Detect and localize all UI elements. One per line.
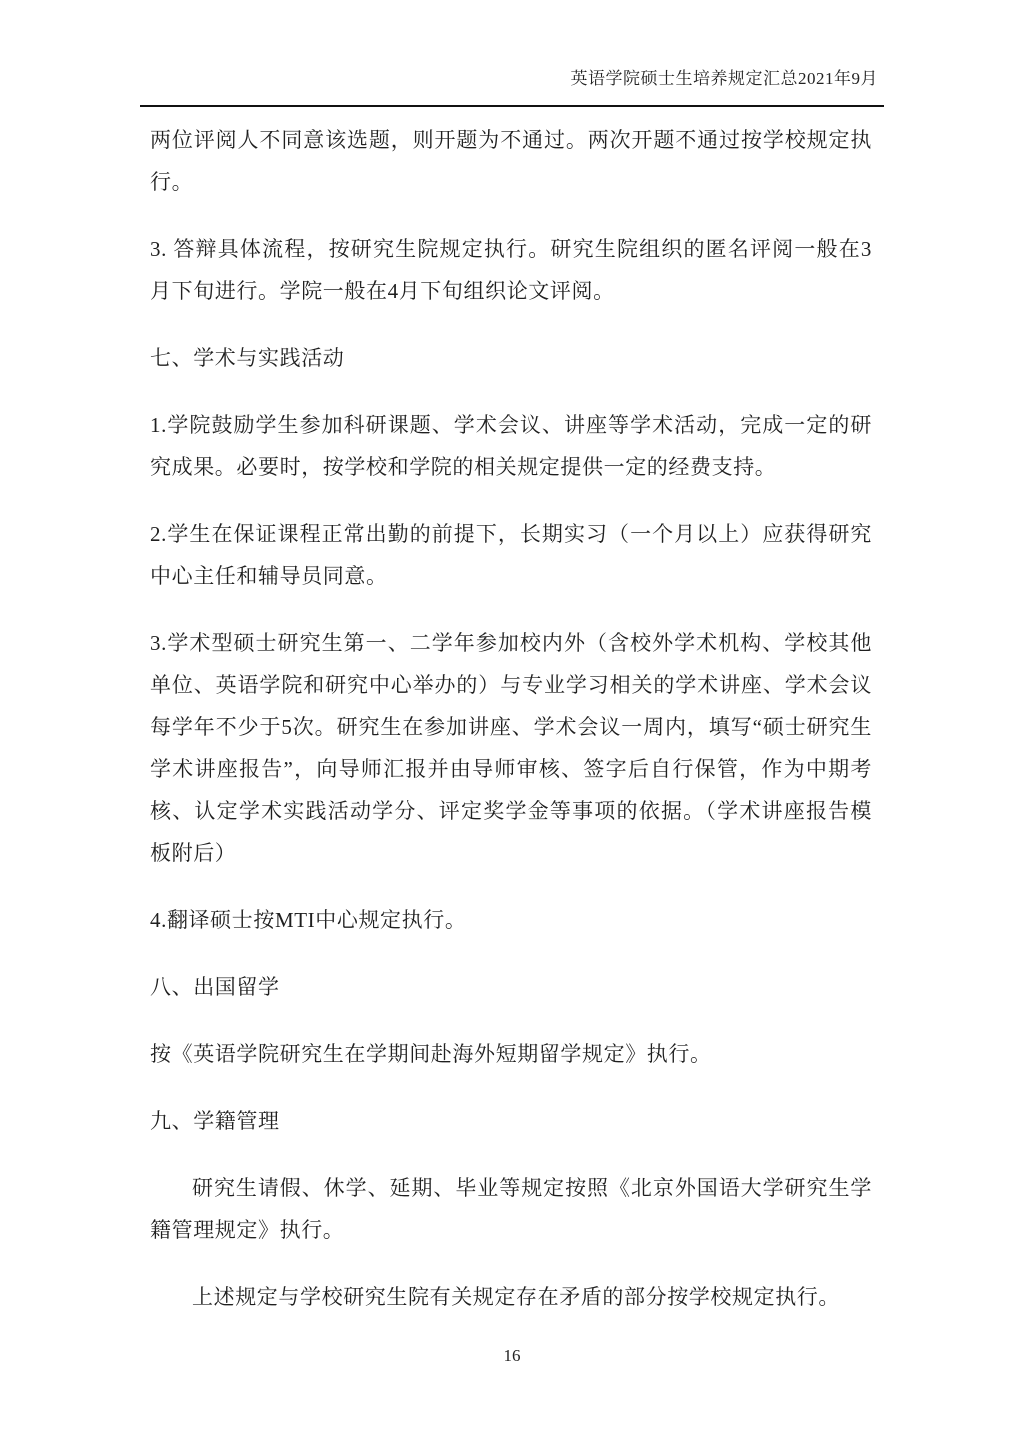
paragraph-item-3-lecture-requirements: 3.学术型硕士研究生第一、二学年参加校内外（含校外学术机构、学校其他单位、英语学… bbox=[150, 622, 872, 874]
paragraph-enrollment-rules: 研究生请假、休学、延期、毕业等规定按照《北京外国语大学研究生学籍管理规定》执行。 bbox=[150, 1167, 872, 1251]
paragraph-item-4-mti-rule: 4.翻译硕士按MTI中心规定执行。 bbox=[150, 899, 872, 941]
paragraph-item-1-research-encouragement: 1.学院鼓励学生参加科研课题、学术会议、讲座等学术活动，完成一定的研究成果。必要… bbox=[150, 404, 872, 488]
running-head-title: 英语学院硕士生培养规定汇总2021年9月 bbox=[140, 66, 884, 92]
paragraph-item-2-internship-approval: 2.学生在保证课程正常出勤的前提下，长期实习（一个月以上）应获得研究中心主任和辅… bbox=[150, 513, 872, 597]
paragraph-opening-review-rule: 两位评阅人不同意该选题，则开题为不通过。两次开题不通过按学校规定执行。 bbox=[150, 119, 872, 203]
page-number: 16 bbox=[140, 1343, 884, 1369]
heading-section-7-academic-practice: 七、学术与实践活动 bbox=[150, 337, 872, 379]
document-page: 英语学院硕士生培养规定汇总2021年9月 两位评阅人不同意该选题，则开题为不通过… bbox=[140, 0, 884, 1369]
document-body: 两位评阅人不同意该选题，则开题为不通过。两次开题不通过按学校规定执行。 3. 答… bbox=[140, 107, 884, 1318]
page-footer: 16 bbox=[140, 1343, 884, 1369]
heading-section-9-enrollment-management: 九、学籍管理 bbox=[150, 1100, 872, 1142]
paragraph-defense-procedure: 3. 答辩具体流程，按研究生院规定执行。研究生院组织的匿名评阅一般在3月下旬进行… bbox=[150, 228, 872, 312]
paragraph-study-abroad-rule: 按《英语学院研究生在学期间赴海外短期留学规定》执行。 bbox=[150, 1033, 872, 1075]
paragraph-conflict-resolution-rule: 上述规定与学校研究生院有关规定存在矛盾的部分按学校规定执行。 bbox=[150, 1276, 872, 1318]
page-header: 英语学院硕士生培养规定汇总2021年9月 bbox=[140, 0, 884, 107]
heading-section-8-study-abroad: 八、出国留学 bbox=[150, 966, 872, 1008]
